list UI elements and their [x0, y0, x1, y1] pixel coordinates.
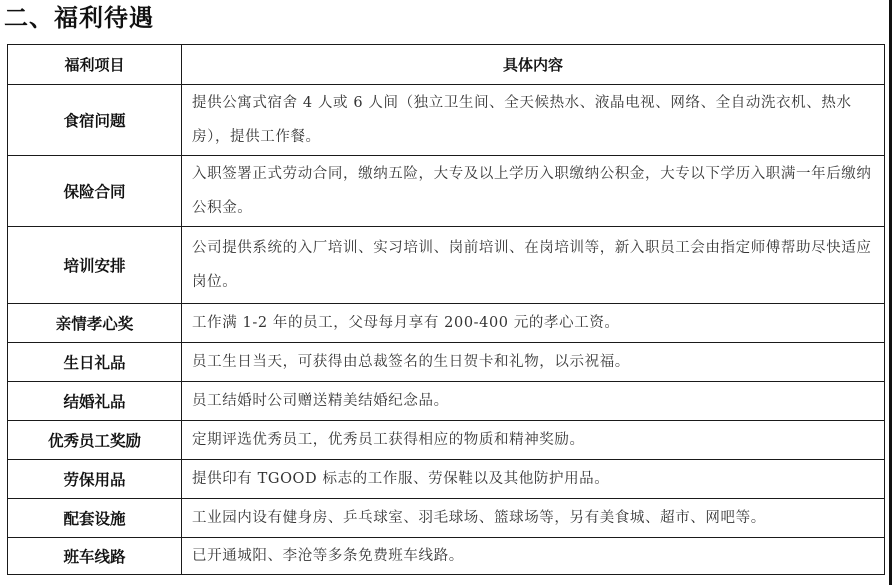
benefit-content: 员工生日当天，可获得由总裁签名的生日贺卡和礼物，以示祝福。	[182, 343, 885, 382]
column-header-item: 福利项目	[8, 45, 182, 85]
benefit-item: 优秀员工奖励	[8, 421, 182, 460]
benefit-content: 提供印有 TGOOD 标志的工作服、劳保鞋以及其他防护用品。	[182, 460, 885, 499]
benefit-item: 保险合同	[8, 156, 182, 227]
benefits-table: 福利项目 具体内容 食宿问题 提供公寓式宿舍 4 人或 6 人间（独立卫生间、全…	[7, 44, 885, 575]
table-row: 培训安排 公司提供系统的入厂培训、实习培训、岗前培训、在岗培训等，新入职员工会由…	[8, 227, 885, 304]
table-row: 生日礼品 员工生日当天，可获得由总裁签名的生日贺卡和礼物，以示祝福。	[8, 343, 885, 382]
benefit-content: 公司提供系统的入厂培训、实习培训、岗前培训、在岗培训等，新入职员工会由指定师傅帮…	[182, 227, 885, 304]
table-row: 亲情孝心奖 工作满 1-2 年的员工，父母每月享有 200-400 元的孝心工资…	[8, 304, 885, 343]
benefit-content: 入职签署正式劳动合同，缴纳五险，大专及以上学历入职缴纳公积金，大专以下学历入职满…	[182, 156, 885, 227]
benefit-item: 亲情孝心奖	[8, 304, 182, 343]
benefit-content: 员工结婚时公司赠送精美结婚纪念品。	[182, 382, 885, 421]
table-row: 配套设施 工业园内设有健身房、乒乓球室、羽毛球场、篮球场等，另有美食城、超市、网…	[8, 499, 885, 538]
table-row: 劳保用品 提供印有 TGOOD 标志的工作服、劳保鞋以及其他防护用品。	[8, 460, 885, 499]
benefit-content: 已开通城阳、李沧等多条免费班车线路。	[182, 538, 885, 575]
benefit-content: 提供公寓式宿舍 4 人或 6 人间（独立卫生间、全天候热水、液晶电视、网络、全自…	[182, 85, 885, 156]
benefit-item: 劳保用品	[8, 460, 182, 499]
benefit-item: 食宿问题	[8, 85, 182, 156]
table-header-row: 福利项目 具体内容	[8, 45, 885, 85]
benefit-item: 配套设施	[8, 499, 182, 538]
benefit-item: 结婚礼品	[8, 382, 182, 421]
table-row: 保险合同 入职签署正式劳动合同，缴纳五险，大专及以上学历入职缴纳公积金，大专以下…	[8, 156, 885, 227]
table-row: 班车线路 已开通城阳、李沧等多条免费班车线路。	[8, 538, 885, 575]
section-heading: 二、福利待遇	[4, 0, 154, 36]
table-row: 结婚礼品 员工结婚时公司赠送精美结婚纪念品。	[8, 382, 885, 421]
benefit-item: 生日礼品	[8, 343, 182, 382]
benefit-item: 班车线路	[8, 538, 182, 575]
column-header-content: 具体内容	[182, 45, 885, 85]
benefit-content: 工业园内设有健身房、乒乓球室、羽毛球场、篮球场等，另有美食城、超市、网吧等。	[182, 499, 885, 538]
table-row: 优秀员工奖励 定期评选优秀员工，优秀员工获得相应的物质和精神奖励。	[8, 421, 885, 460]
benefit-content: 工作满 1-2 年的员工，父母每月享有 200-400 元的孝心工资。	[182, 304, 885, 343]
table-row: 食宿问题 提供公寓式宿舍 4 人或 6 人间（独立卫生间、全天候热水、液晶电视、…	[8, 85, 885, 156]
benefit-item: 培训安排	[8, 227, 182, 304]
benefit-content: 定期评选优秀员工，优秀员工获得相应的物质和精神奖励。	[182, 421, 885, 460]
